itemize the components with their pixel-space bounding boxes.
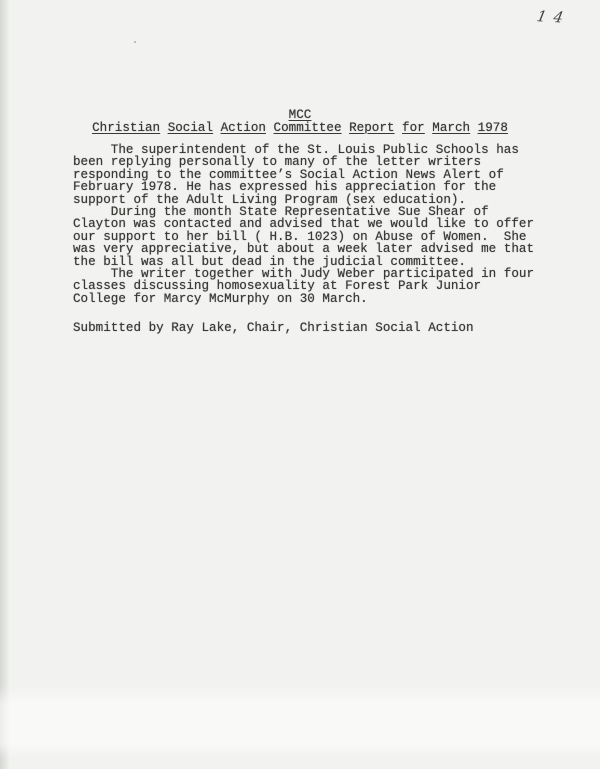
signature-line: Submitted by Ray Lake, Chair, Christian … (73, 322, 474, 334)
handwritten-page-number: 14 (535, 7, 572, 27)
document-subtitle: Christian Social Action Committee Report… (0, 122, 600, 134)
document-body: The superintendent of the St. Louis Publ… (73, 144, 534, 305)
scan-speck (134, 41, 136, 43)
scanned-document-page: 14 MCC Christian Social Action Committee… (0, 0, 600, 769)
